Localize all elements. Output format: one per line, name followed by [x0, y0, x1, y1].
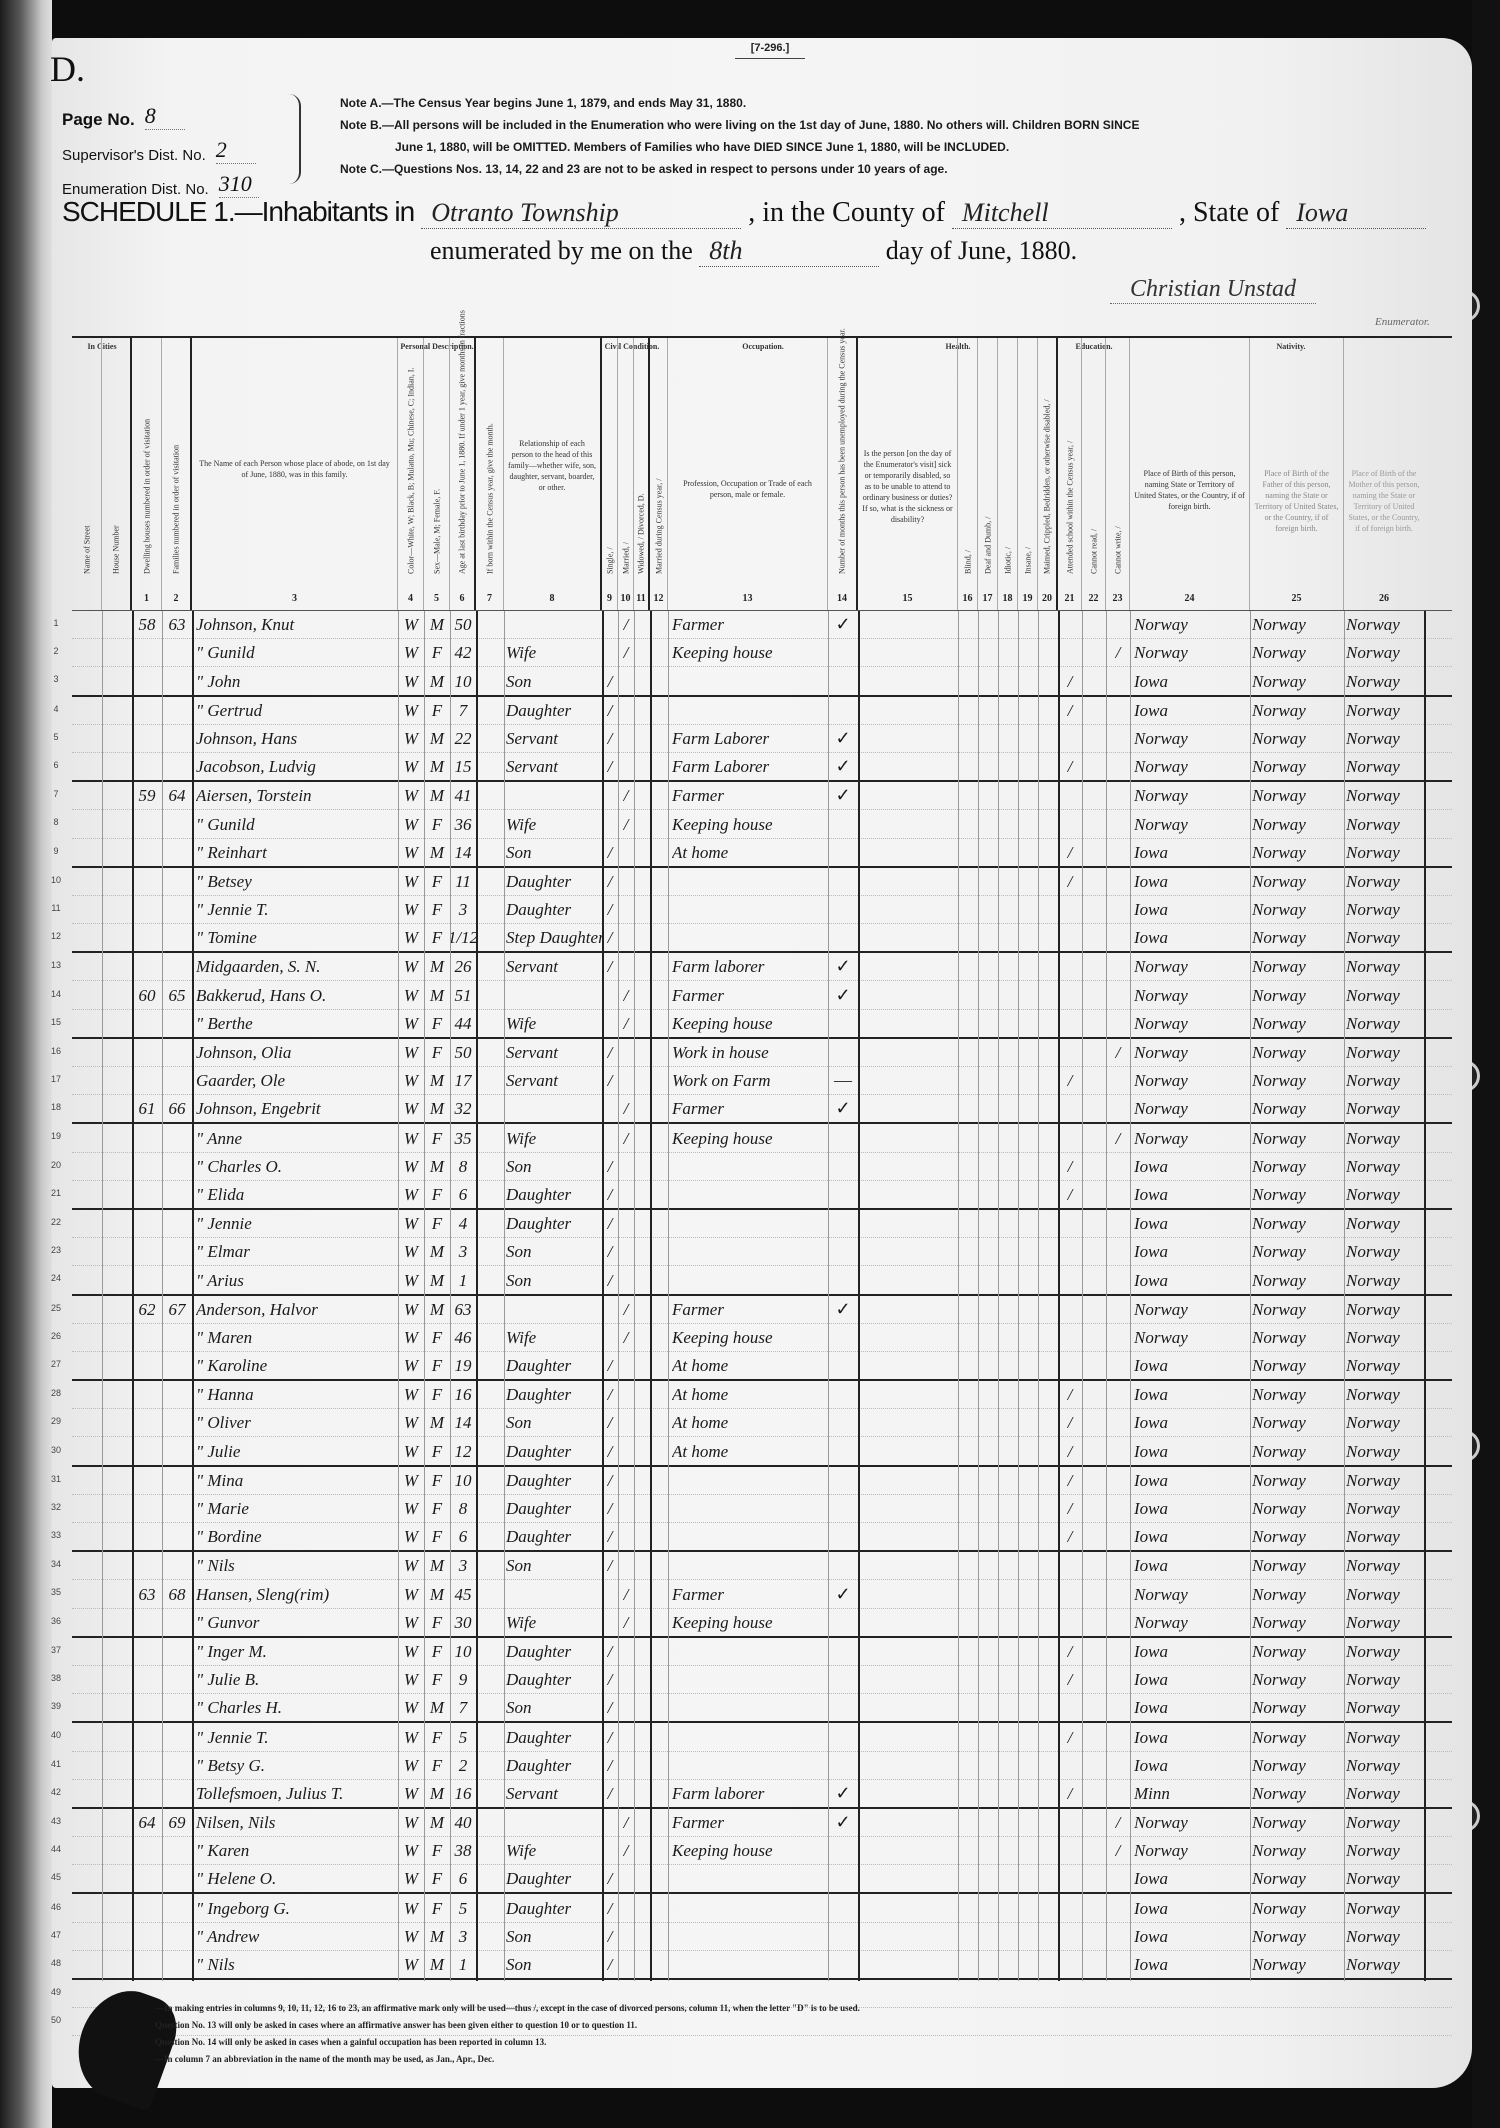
col-25-father-birthplace: Place of Birth of the Father of this per… [1250, 338, 1344, 610]
father-birthplace: Norway [1252, 1153, 1344, 1180]
mother-birthplace: Norway [1346, 782, 1426, 809]
single-mark: / [602, 1210, 618, 1237]
cannot-write-mark [1106, 1210, 1130, 1237]
relationship: Son [506, 1153, 602, 1180]
sex: F [424, 1352, 450, 1379]
married-mark [618, 896, 634, 923]
cannot-write-mark [1106, 2008, 1130, 2035]
table-row: 19" AnneWF35Wife/Keeping house/NorwayNor… [72, 1124, 1452, 1152]
cannot-write-mark: / [1106, 1124, 1130, 1151]
father-birthplace: Norway [1252, 1780, 1344, 1807]
person-name: " Nils [196, 1951, 398, 1978]
day-field: 8th [699, 236, 879, 267]
sex: M [424, 1951, 450, 1978]
age: 44 [450, 1010, 476, 1037]
father-birthplace: Norway [1252, 1580, 1344, 1607]
table-row: 44" KarenWF38Wife/Keeping house/NorwayNo… [72, 1837, 1452, 1865]
family-number [162, 1266, 192, 1293]
single-mark: / [602, 1039, 618, 1066]
married-mark [618, 725, 634, 752]
school-mark: / [1058, 1381, 1082, 1408]
married-mark [618, 697, 634, 724]
person-name: " Jennie [196, 1210, 398, 1237]
married-mark [618, 1865, 634, 1892]
family-number [162, 1238, 192, 1265]
single-mark: / [602, 1552, 618, 1579]
mother-birthplace: Norway [1346, 924, 1426, 951]
cannot-write-mark [1106, 782, 1130, 809]
row-number: 43 [42, 1809, 70, 1836]
column-rule [1130, 611, 1131, 1981]
sex: M [424, 1552, 450, 1579]
table-row: 15" BertheWF44Wife/Keeping houseNorwayNo… [72, 1010, 1452, 1039]
birthplace: Iowa [1134, 1266, 1250, 1293]
married-mark: / [618, 981, 634, 1008]
sex: M [424, 1694, 450, 1721]
supervisor-row: Supervisor's Dist. No. 2 [62, 130, 292, 164]
person-name: " Gertrud [196, 697, 398, 724]
father-birthplace: Norway [1252, 1124, 1344, 1151]
birthplace: Iowa [1134, 1894, 1250, 1921]
supervisor-label: Supervisor's Dist. No. [62, 147, 206, 164]
district-info: Page No. 8 Supervisor's Dist. No. 2 Enum… [62, 96, 292, 198]
birthplace: Norway [1134, 1809, 1250, 1836]
row-number: 38 [42, 1666, 70, 1693]
relationship: Servant [506, 725, 602, 752]
sex: M [424, 1923, 450, 1950]
color: W [398, 953, 424, 980]
father-birthplace: Norway [1252, 1809, 1344, 1836]
color: W [398, 1210, 424, 1237]
page-number: 8 [145, 103, 185, 130]
color: W [398, 1580, 424, 1607]
school-mark: / [1058, 839, 1082, 866]
age: 3 [450, 1238, 476, 1265]
unemployed-mark: ✓ [828, 981, 858, 1008]
birthplace: Norway [1134, 639, 1250, 666]
birthplace: Norway [1134, 981, 1250, 1008]
birthplace: Norway [1134, 953, 1250, 980]
father-birthplace: Norway [1252, 697, 1344, 724]
row-number: 23 [42, 1238, 70, 1265]
color: W [398, 639, 424, 666]
father-birthplace: Norway [1252, 1666, 1344, 1693]
married-mark [618, 1752, 634, 1779]
mother-birthplace: Norway [1346, 1638, 1426, 1665]
mother-birthplace: Norway [1346, 1723, 1426, 1750]
age: 8 [450, 1495, 476, 1522]
cannot-write-mark [1106, 868, 1130, 895]
school-mark: / [1058, 1437, 1082, 1464]
father-birthplace: Norway [1252, 1067, 1344, 1094]
age: 42 [450, 639, 476, 666]
family-number [162, 953, 192, 980]
person-name: " Inger M. [196, 1638, 398, 1665]
row-number: 36 [42, 1609, 70, 1636]
row-number: 30 [42, 1437, 70, 1464]
age: 3 [450, 1923, 476, 1950]
relationship: Servant [506, 1039, 602, 1066]
cannot-write-mark [1106, 1352, 1130, 1379]
table-row: 436469Nilsen, NilsWM40/Farmer✓/NorwayNor… [72, 1809, 1452, 1837]
row-number: 48 [42, 1951, 70, 1978]
family-number [162, 1381, 192, 1408]
occupation: Keeping house [672, 1609, 828, 1636]
cannot-write-mark [1106, 1609, 1130, 1636]
married-mark [618, 1723, 634, 1750]
father-birthplace: Norway [1252, 953, 1344, 980]
single-mark: / [602, 1752, 618, 1779]
person-name: Hansen, Sleng(rim) [196, 1580, 398, 1607]
single-mark [602, 639, 618, 666]
column-rule [398, 611, 399, 1981]
single-mark: / [602, 1409, 618, 1436]
school-mark [1058, 1266, 1082, 1293]
sex: F [424, 896, 450, 923]
col-4-color: Color—White, W; Black, B; Mulatto, Mu; C… [398, 338, 424, 610]
married-mark [618, 1552, 634, 1579]
married-mark [618, 1894, 634, 1921]
father-birthplace: Norway [1252, 1752, 1344, 1779]
family-number: 63 [162, 611, 192, 638]
table-row: 22" JennieWF4Daughter/IowaNorwayNorway [72, 1210, 1452, 1238]
person-name: " Gunild [196, 810, 398, 837]
school-mark: / [1058, 753, 1082, 780]
birthplace: Norway [1134, 782, 1250, 809]
col-5-sex: Sex—Male, M; Female, F.5 [424, 338, 450, 610]
color: W [398, 896, 424, 923]
occupation [672, 667, 828, 694]
sex: F [424, 1039, 450, 1066]
cannot-write-mark [1106, 1980, 1130, 2007]
footnote: Question No. 13 will only be asked in ca… [155, 2017, 860, 2034]
color: W [398, 1352, 424, 1379]
cannot-write-mark [1106, 1181, 1130, 1208]
cannot-write-mark: / [1106, 639, 1130, 666]
table-row: 5Johnson, HansWM22Servant/Farm Laborer✓N… [72, 725, 1452, 753]
occupation [672, 1238, 828, 1265]
age: 45 [450, 1580, 476, 1607]
person-name: Anderson, Halvor [196, 1296, 398, 1323]
mother-birthplace: Norway [1346, 1181, 1426, 1208]
occupation: At home [672, 1381, 828, 1408]
occupation [672, 1666, 828, 1693]
cannot-write-mark [1106, 1437, 1130, 1464]
unemployed-mark [828, 896, 858, 923]
row-number: 25 [42, 1296, 70, 1323]
relationship: Servant [506, 1780, 602, 1807]
school-mark: / [1058, 1780, 1082, 1807]
color: W [398, 1666, 424, 1693]
birthplace: Norway [1134, 1609, 1250, 1636]
column-rule [828, 611, 829, 1981]
family-number: 64 [162, 782, 192, 809]
father-birthplace: Norway [1252, 1409, 1344, 1436]
sheet-letter: D. [50, 48, 85, 90]
color: W [398, 611, 424, 638]
mother-birthplace: Norway [1346, 1210, 1426, 1237]
occupation: Farm laborer [672, 953, 828, 980]
cannot-write-mark [1106, 1266, 1130, 1293]
school-mark [1058, 611, 1082, 638]
col-23-cannot-write: Cannot write, /23 [1106, 338, 1130, 610]
mother-birthplace: Norway [1346, 868, 1426, 895]
age: 32 [450, 1095, 476, 1122]
age: 6 [450, 1865, 476, 1892]
color: W [398, 1951, 424, 1978]
dwelling-number [132, 1067, 162, 1094]
col-12-married-year: Married during Census year, /12 [650, 338, 668, 610]
birthplace: Iowa [1134, 1467, 1250, 1494]
relationship: Daughter [506, 1437, 602, 1464]
married-mark: / [618, 611, 634, 638]
table-row: 9" ReinhartWM14Son/At home/IowaNorwayNor… [72, 839, 1452, 868]
person-name: " Oliver [196, 1409, 398, 1436]
family-number [162, 1181, 192, 1208]
cannot-write-mark [1106, 1666, 1130, 1693]
person-name: " Reinhart [196, 839, 398, 866]
relationship: Daughter [506, 896, 602, 923]
age: 38 [450, 1837, 476, 1864]
unemployed-mark [828, 1894, 858, 1921]
relationship: Daughter [506, 868, 602, 895]
mother-birthplace: Norway [1346, 1266, 1426, 1293]
occupation [672, 1153, 828, 1180]
father-birthplace: Norway [1252, 1495, 1344, 1522]
dwelling-number [132, 1752, 162, 1779]
color: W [398, 1723, 424, 1750]
family-number [162, 1523, 192, 1550]
relationship [506, 611, 602, 638]
mother-birthplace: Norway [1346, 611, 1426, 638]
person-name: Midgaarden, S. N. [196, 953, 398, 980]
sex: M [424, 725, 450, 752]
person-name: " Gunvor [196, 1609, 398, 1636]
col-26-mother-birthplace: Place of Birth of the Mother of this per… [1344, 338, 1424, 610]
row-number: 6 [42, 753, 70, 780]
unemployed-mark [828, 924, 858, 951]
family-number [162, 1153, 192, 1180]
family-number [162, 753, 192, 780]
father-birthplace: Norway [1252, 1095, 1344, 1122]
person-name: Nilsen, Nils [196, 1809, 398, 1836]
unemployed-mark [828, 1523, 858, 1550]
sex: M [424, 1153, 450, 1180]
row-number: 4 [42, 697, 70, 724]
unemployed-mark: ✓ [828, 953, 858, 980]
row-number: 34 [42, 1552, 70, 1579]
sex: M [424, 1095, 450, 1122]
dwelling-number [132, 1495, 162, 1522]
family-number [162, 667, 192, 694]
table-row: 11" Jennie T.WF3Daughter/IowaNorwayNorwa… [72, 896, 1452, 924]
color: W [398, 1638, 424, 1665]
sex: F [424, 1124, 450, 1151]
enumerated-label: enumerated by me on the [430, 236, 693, 265]
married-mark [618, 1210, 634, 1237]
table-row: 37" Inger M.WF10Daughter//IowaNorwayNorw… [72, 1638, 1452, 1666]
col-14-unemployed: Number of months this person has been un… [828, 338, 858, 610]
color: W [398, 868, 424, 895]
married-mark: / [618, 1124, 634, 1151]
married-mark: / [618, 639, 634, 666]
occupation [672, 1752, 828, 1779]
father-birthplace: Norway [1252, 1181, 1344, 1208]
school-mark: / [1058, 1409, 1082, 1436]
school-mark [1058, 1210, 1082, 1237]
father-birthplace: Norway [1252, 611, 1344, 638]
cannot-write-mark: / [1106, 1837, 1130, 1864]
col-16-blind: Blind, /16 [958, 338, 978, 610]
column-rule [1250, 611, 1251, 1981]
married-mark [618, 1352, 634, 1379]
unemployed-mark [828, 810, 858, 837]
family-number [162, 639, 192, 666]
occupation [672, 1467, 828, 1494]
person-name: " Betsey [196, 868, 398, 895]
married-mark [618, 1238, 634, 1265]
color: W [398, 753, 424, 780]
table-row: 36" GunvorWF30Wife/Keeping houseNorwayNo… [72, 1609, 1452, 1638]
mother-birthplace: Norway [1346, 1010, 1426, 1037]
father-birthplace: Norway [1252, 1381, 1344, 1408]
occupation [672, 1181, 828, 1208]
color: W [398, 1409, 424, 1436]
cannot-write-mark [1106, 1865, 1130, 1892]
mother-birthplace: Norway [1346, 1238, 1426, 1265]
father-birthplace: Norway [1252, 924, 1344, 951]
school-mark [1058, 1694, 1082, 1721]
col-17-deaf: Deaf and Dumb, /17 [978, 338, 998, 610]
unemployed-mark: ✓ [828, 1095, 858, 1122]
census-table: In Cities Name of Street House Number Dw… [72, 336, 1452, 2036]
unemployed-mark [828, 1210, 858, 1237]
age: 35 [450, 1124, 476, 1151]
relationship: Wife [506, 1124, 602, 1151]
single-mark [602, 1095, 618, 1122]
relationship: Daughter [506, 1381, 602, 1408]
school-mark [1058, 1095, 1082, 1122]
sex: F [424, 1181, 450, 1208]
school-mark [1058, 1809, 1082, 1836]
mother-birthplace: Norway [1346, 1609, 1426, 1636]
occupation: Work in house [672, 1039, 828, 1066]
relationship: Daughter [506, 1865, 602, 1892]
sex: F [424, 1894, 450, 1921]
occupation: Keeping house [672, 1124, 828, 1151]
person-name: " Julie [196, 1437, 398, 1464]
unemployed-mark [828, 1752, 858, 1779]
married-mark [618, 1495, 634, 1522]
age: 50 [450, 611, 476, 638]
row-number: 37 [42, 1638, 70, 1665]
occupation [672, 697, 828, 724]
table-row: 46" Ingeborg G.WF5Daughter/IowaNorwayNor… [72, 1894, 1452, 1922]
occupation: Keeping house [672, 810, 828, 837]
mother-birthplace: Norway [1346, 1437, 1426, 1464]
relationship [506, 1296, 602, 1323]
single-mark: / [602, 1437, 618, 1464]
relationship [506, 1580, 602, 1607]
sex: M [424, 1266, 450, 1293]
row-number: 50 [42, 2008, 70, 2035]
father-birthplace: Norway [1252, 1266, 1344, 1293]
school-mark: / [1058, 1067, 1082, 1094]
column-rule [958, 611, 959, 1981]
birthplace: Minn [1134, 1780, 1250, 1807]
relationship: Daughter [506, 1752, 602, 1779]
father-birthplace: Norway [1252, 1723, 1344, 1750]
unemployed-mark: ✓ [828, 1580, 858, 1607]
table-row: 8" GunildWF36Wife/Keeping houseNorwayNor… [72, 810, 1452, 838]
mother-birthplace: Norway [1346, 1666, 1426, 1693]
color: W [398, 1124, 424, 1151]
occupation [672, 1638, 828, 1665]
table-row: 28" HannaWF16Daughter/At home/IowaNorway… [72, 1381, 1452, 1409]
sex: F [424, 1723, 450, 1750]
age: 3 [450, 896, 476, 923]
table-row: 20" Charles O.WM8Son//IowaNorwayNorway [72, 1153, 1452, 1181]
cannot-write-mark [1106, 667, 1130, 694]
birthplace: Iowa [1134, 1523, 1250, 1550]
row-number: 26 [42, 1324, 70, 1351]
person-name: " Jennie T. [196, 896, 398, 923]
occupation: At home [672, 1437, 828, 1464]
family-number [162, 1723, 192, 1750]
dwelling-number [132, 1238, 162, 1265]
person-name: " Gunild [196, 639, 398, 666]
occupation [672, 1552, 828, 1579]
dwelling-number: 59 [132, 782, 162, 809]
age: 11 [450, 868, 476, 895]
relationship: Son [506, 1409, 602, 1436]
father-birthplace: Norway [1252, 1951, 1344, 1978]
dwelling-number [132, 1523, 162, 1550]
married-mark [618, 1153, 634, 1180]
sex: M [424, 981, 450, 1008]
column-rule [424, 611, 425, 1981]
table-row: 47" AndrewWM3Son/IowaNorwayNorway [72, 1923, 1452, 1951]
color: W [398, 782, 424, 809]
table-row: 40" Jennie T.WF5Daughter//IowaNorwayNorw… [72, 1723, 1452, 1751]
relationship: Daughter [506, 1210, 602, 1237]
school-mark [1058, 2008, 1082, 2035]
age: 1 [450, 1266, 476, 1293]
col-13-occupation: Profession, Occupation or Trade of each … [668, 338, 828, 610]
person-name: Johnson, Olia [196, 1039, 398, 1066]
birthplace: Iowa [1134, 1437, 1250, 1464]
color: W [398, 697, 424, 724]
column-rule [1018, 611, 1019, 1981]
married-mark [618, 1039, 634, 1066]
birthplace: Iowa [1134, 1495, 1250, 1522]
table-row: 24" AriusWM1Son/IowaNorwayNorway [72, 1266, 1452, 1295]
col-15-sickness: Is the person [on the day of the Enumera… [858, 338, 958, 610]
unemployed-mark [828, 1409, 858, 1436]
age: 50 [450, 1039, 476, 1066]
footnote: Question No. 14 will only be asked in ca… [155, 2034, 860, 2051]
family-number [162, 1923, 192, 1950]
cannot-write-mark [1106, 1238, 1130, 1265]
row-number: 29 [42, 1409, 70, 1436]
unemployed-mark [828, 868, 858, 895]
dwelling-number [132, 1266, 162, 1293]
table-row: 45" Helene O.WF6Daughter/IowaNorwayNorwa… [72, 1865, 1452, 1894]
color: W [398, 1837, 424, 1864]
birthplace: Norway [1134, 1095, 1250, 1122]
unemployed-mark: ✓ [828, 611, 858, 638]
single-mark [602, 1837, 618, 1864]
